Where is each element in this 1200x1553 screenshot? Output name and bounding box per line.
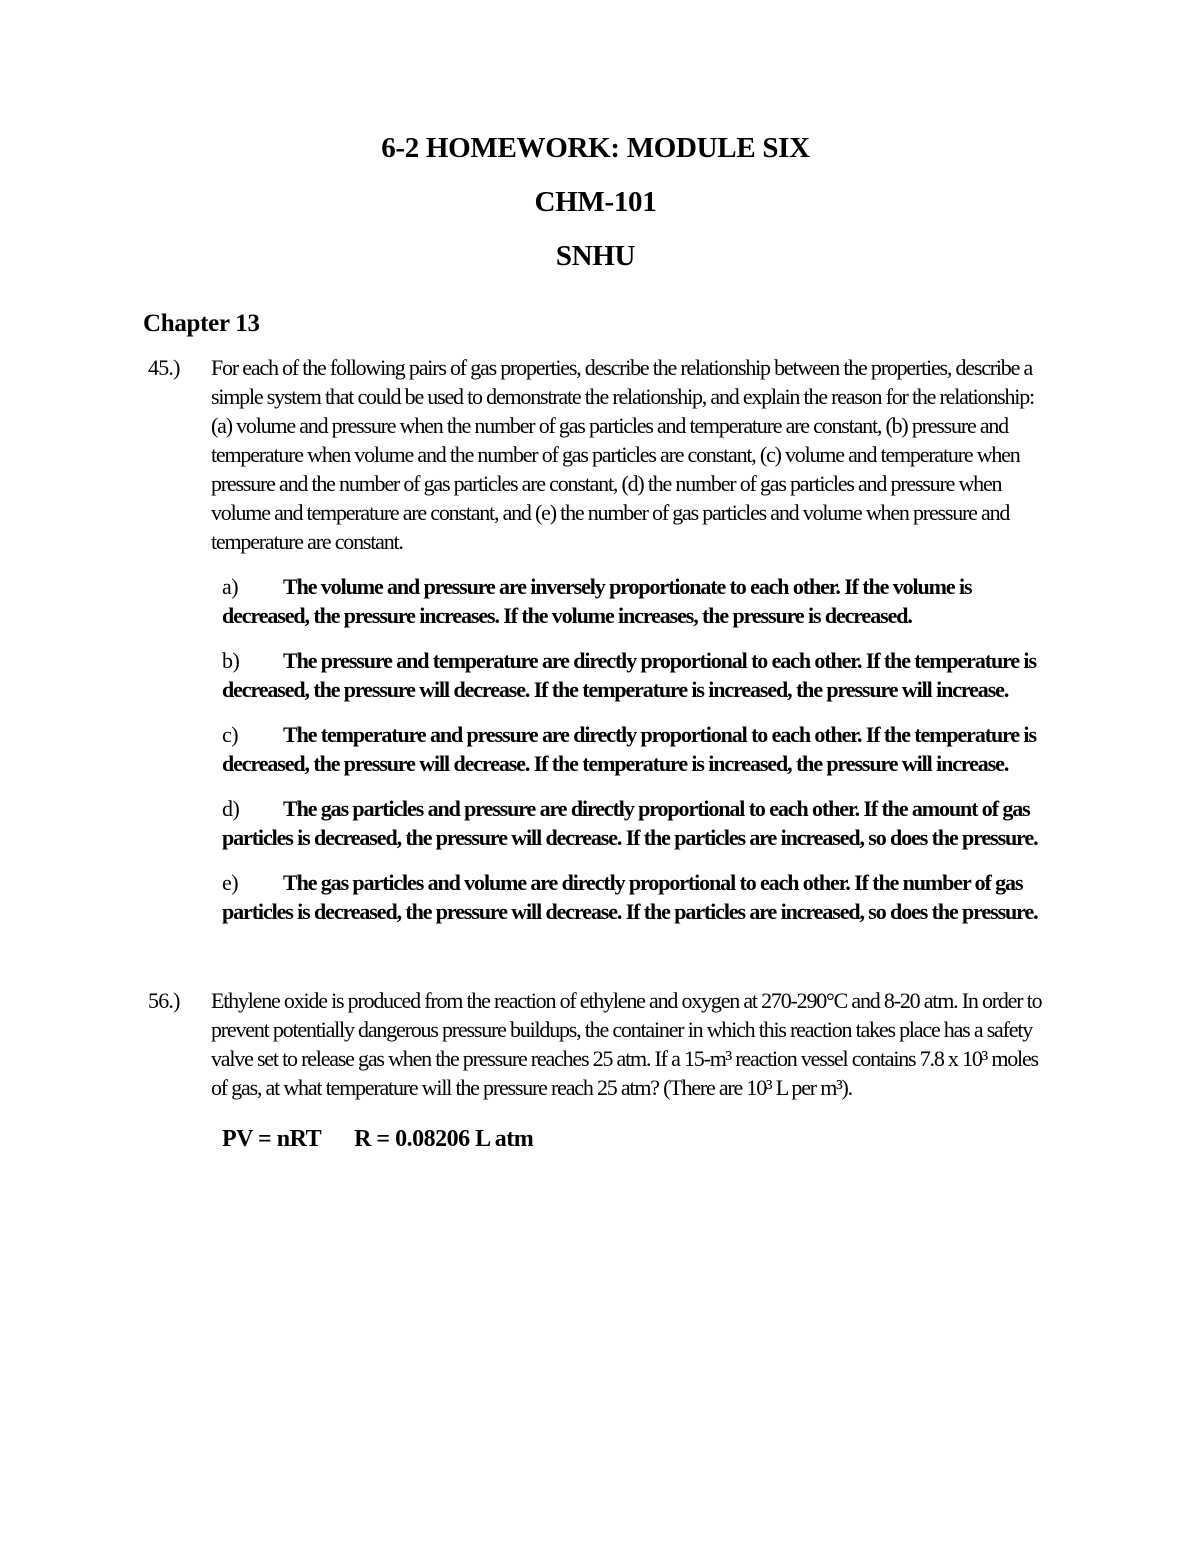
question-45-answers: a)The volume and pressure are inversely … bbox=[222, 572, 1048, 926]
answer-e-text: The gas particles and volume are directl… bbox=[222, 870, 1038, 924]
answer-d-label: d) bbox=[222, 794, 283, 823]
question-45-text: For each of the following pairs of gas p… bbox=[211, 353, 1048, 556]
formula-equation: PV = nRT bbox=[222, 1126, 321, 1152]
question-56-text: Ethylene oxide is produced from the reac… bbox=[211, 986, 1048, 1102]
homework-document-page: 6-2 HOMEWORK: MODULE SIX CHM-101 SNHU Ch… bbox=[0, 0, 1200, 1553]
answer-c-label: c) bbox=[222, 720, 283, 749]
answer-e: e)The gas particles and volume are direc… bbox=[222, 868, 1048, 926]
answer-d: d)The gas particles and pressure are dir… bbox=[222, 794, 1048, 852]
answer-b: b)The pressure and temperature are direc… bbox=[222, 646, 1048, 704]
formula-gas-constant: R = 0.08206 L atm bbox=[354, 1126, 533, 1152]
answer-a: a)The volume and pressure are inversely … bbox=[222, 572, 1048, 630]
title-block: 6-2 HOMEWORK: MODULE SIX CHM-101 SNHU bbox=[143, 133, 1048, 271]
question-45: 45.) For each of the following pairs of … bbox=[143, 353, 1048, 556]
answer-a-label: a) bbox=[222, 572, 283, 601]
question-45-number: 45.) bbox=[143, 353, 211, 382]
document-title: 6-2 HOMEWORK: MODULE SIX bbox=[143, 133, 1048, 163]
answer-a-text: The volume and pressure are inversely pr… bbox=[222, 574, 971, 628]
answer-b-text: The pressure and temperature are directl… bbox=[222, 648, 1036, 702]
chapter-heading: Chapter 13 bbox=[143, 309, 1048, 338]
school-name: SNHU bbox=[143, 241, 1048, 271]
question-56-section: 56.) Ethylene oxide is produced from the… bbox=[143, 986, 1048, 1154]
question-45-section: 45.) For each of the following pairs of … bbox=[143, 353, 1048, 926]
answer-c-text: The temperature and pressure are directl… bbox=[222, 722, 1036, 776]
question-56: 56.) Ethylene oxide is produced from the… bbox=[143, 986, 1048, 1102]
answer-c: c)The temperature and pressure are direc… bbox=[222, 720, 1048, 778]
answer-e-label: e) bbox=[222, 868, 283, 897]
question-56-number: 56.) bbox=[143, 986, 211, 1015]
course-code: CHM-101 bbox=[143, 187, 1048, 217]
ideal-gas-formula: PV = nRTR = 0.08206 L atm bbox=[222, 1124, 1048, 1154]
answer-d-text: The gas particles and pressure are direc… bbox=[222, 796, 1038, 850]
answer-b-label: b) bbox=[222, 646, 283, 675]
